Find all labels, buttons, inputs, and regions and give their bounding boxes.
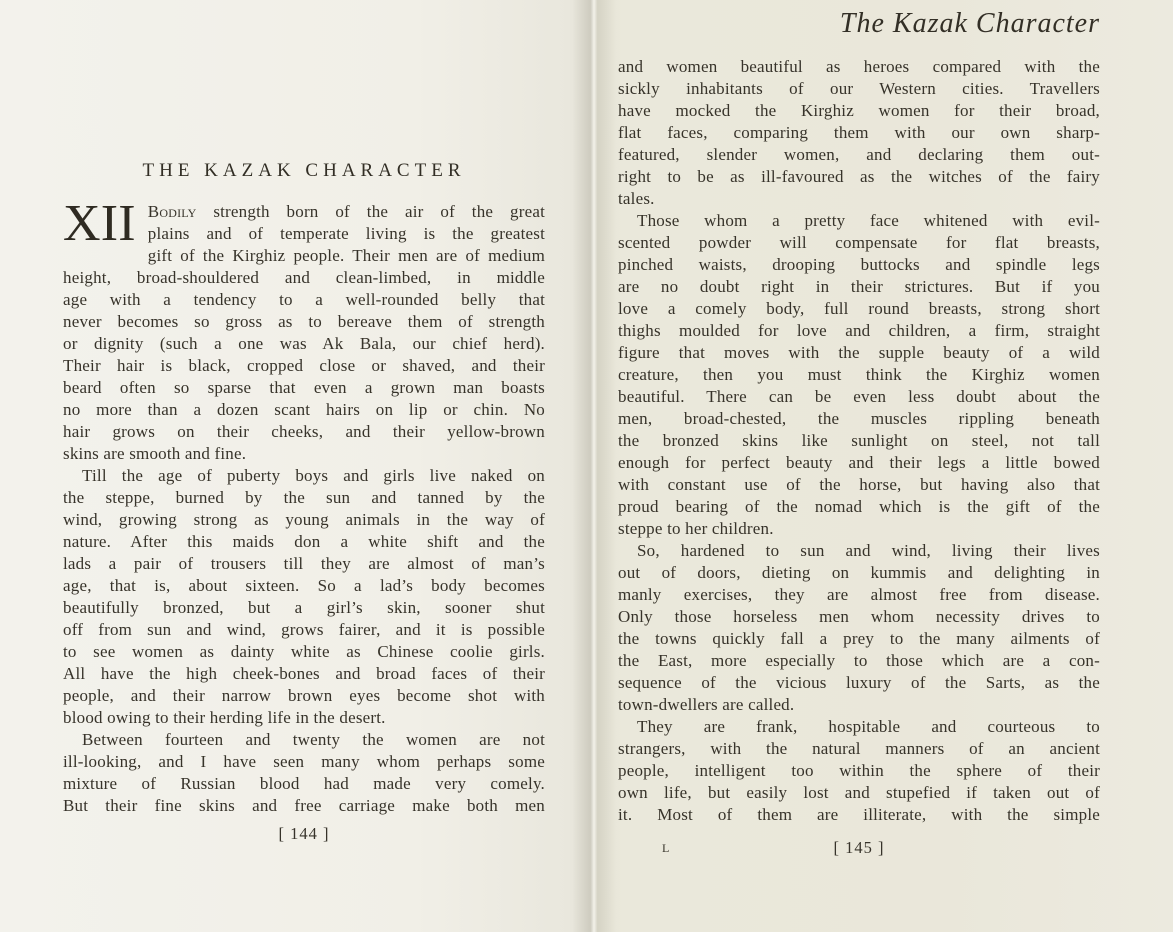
- right-page: The Kazak Character and women beautiful …: [593, 0, 1173, 932]
- signature-mark: L: [662, 841, 669, 856]
- text-line: never becomes so gross as to bereave the…: [63, 311, 545, 333]
- text-line: lads a pair of trousers till they are al…: [63, 553, 545, 575]
- left-page: THE KAZAK CHARACTER XII Bodily strength …: [0, 0, 593, 932]
- chapter-heading: THE KAZAK CHARACTER: [63, 160, 545, 182]
- text-line: Their hair is black, cropped close or sh…: [63, 355, 545, 377]
- text-line: nature. After this maids don a white shi…: [63, 531, 545, 553]
- text-line: with constant use of the horse, but havi…: [618, 474, 1100, 496]
- text-line: wind, growing strong as young animals in…: [63, 509, 545, 531]
- text-line: age with a tendency to a well-rounded be…: [63, 289, 545, 311]
- text-line: the East, more especially to those which…: [618, 650, 1100, 672]
- text-line: blood owing to their herding life in the…: [63, 707, 545, 729]
- text-line: manly exercises, they are almost free fr…: [618, 584, 1100, 606]
- text-line: enough for perfect beauty and their legs…: [618, 452, 1100, 474]
- text-line: creature, then you must think the Kirghi…: [618, 364, 1100, 386]
- text-line: or dignity (such a one was Ak Bala, our …: [63, 333, 545, 355]
- text-line: flat faces, comparing them with our own …: [618, 122, 1100, 144]
- text-line: have mocked the Kirghiz women for their …: [618, 100, 1100, 122]
- text-line: the bronzed skins like sunlight on steel…: [618, 430, 1100, 452]
- text-line: figure that moves with the supple beauty…: [618, 342, 1100, 364]
- small-caps-word: Bodily: [148, 202, 197, 221]
- text-line: steppe to her children.: [618, 518, 1100, 540]
- text-line: are no doubt right in their strictures. …: [618, 276, 1100, 298]
- text-line: pinched waists, drooping buttocks and sp…: [618, 254, 1100, 276]
- text-line: beautiful. There can be even less doubt …: [618, 386, 1100, 408]
- text-line: beautifully bronzed, but a girl’s skin, …: [63, 597, 545, 619]
- text-line: right to be as ill-favoured as the witch…: [618, 166, 1100, 188]
- text-line: featured, slender women, and declaring t…: [618, 144, 1100, 166]
- text-line: So, hardened to sun and wind, living the…: [618, 540, 1100, 562]
- text-line: the steppe, burned by the sun and tanned…: [63, 487, 545, 509]
- paragraph: They are frank, hospitable and courteous…: [618, 716, 1100, 826]
- chapter-number-drop-cap: XII: [63, 202, 136, 246]
- text-line: and women beautiful as heroes compared w…: [618, 56, 1100, 78]
- text-line: tales.: [618, 188, 1100, 210]
- text-line: strangers, with the natural manners of a…: [618, 738, 1100, 760]
- text-line: love a comely body, full round breasts, …: [618, 298, 1100, 320]
- text-line: skins are smooth and fine.: [63, 443, 545, 465]
- text-line: out of doors, dieting on kummis and deli…: [618, 562, 1100, 584]
- text-line: thighs moulded for love and children, a …: [618, 320, 1100, 342]
- text-line: age, that is, about sixteen. So a lad’s …: [63, 575, 545, 597]
- right-page-number: [ 145 ]: [834, 838, 885, 857]
- text-line: hair grows on their cheeks, and their ye…: [63, 421, 545, 443]
- text-line: sickly inhabitants of our Western cities…: [618, 78, 1100, 100]
- text-line: mixture of Russian blood had made very c…: [63, 773, 545, 795]
- paragraph: So, hardened to sun and wind, living the…: [618, 540, 1100, 716]
- book-spread: THE KAZAK CHARACTER XII Bodily strength …: [0, 0, 1173, 932]
- left-page-paragraphs: Bodily strength born of the air of the g…: [63, 201, 545, 817]
- text-line: it. Most of them are illiterate, with th…: [618, 804, 1100, 826]
- text-line: town-dwellers are called.: [618, 694, 1100, 716]
- text-line: sequence of the vicious luxury of the Sa…: [618, 672, 1100, 694]
- text-line: Only those horseless men whom necessity …: [618, 606, 1100, 628]
- text-line: off from sun and wind, grows fairer, and…: [63, 619, 545, 641]
- text-line: Those whom a pretty face whitened with e…: [618, 210, 1100, 232]
- left-page-number: [ 144 ]: [63, 824, 545, 844]
- text-line: own life, but easily lost and stupefied …: [618, 782, 1100, 804]
- paragraph: Till the age of puberty boys and girls l…: [63, 465, 545, 729]
- text-line: They are frank, hospitable and courteous…: [618, 716, 1100, 738]
- text-line: beard often so sparse that even a grown …: [63, 377, 545, 399]
- paragraph: Between fourteen and twenty the women ar…: [63, 729, 545, 817]
- paragraph: and women beautiful as heroes compared w…: [618, 56, 1100, 210]
- text-line: All have the high cheek-bones and broad …: [63, 663, 545, 685]
- text-line: no more than a dozen scant hairs on lip …: [63, 399, 545, 421]
- text-line: the towns quickly fall a prey to the man…: [618, 628, 1100, 650]
- text-line: to see women as dainty white as Chinese …: [63, 641, 545, 663]
- text-line: But their fine skins and free carriage m…: [63, 795, 545, 817]
- text-line: height, broad-shouldered and clean-limbe…: [63, 267, 545, 289]
- right-page-footer: L [ 145 ]: [618, 838, 1100, 858]
- right-page-text-block: and women beautiful as heroes compared w…: [618, 56, 1100, 826]
- text-line: proud bearing of the nomad which is the …: [618, 496, 1100, 518]
- paragraph: Those whom a pretty face whitened with e…: [618, 210, 1100, 540]
- text-line: men, broad-chested, the muscles rippling…: [618, 408, 1100, 430]
- right-page-paragraphs: and women beautiful as heroes compared w…: [618, 56, 1100, 826]
- text-line: ill-looking, and I have seen many whom p…: [63, 751, 545, 773]
- text-line: scented powder will compensate for flat …: [618, 232, 1100, 254]
- left-page-text-block: XII Bodily strength born of the air of t…: [63, 201, 545, 817]
- running-header: The Kazak Character: [618, 8, 1100, 40]
- text-line: people, intelligent too within the spher…: [618, 760, 1100, 782]
- text-line: Till the age of puberty boys and girls l…: [63, 465, 545, 487]
- text-line: people, and their narrow brown eyes beco…: [63, 685, 545, 707]
- text-line: Between fourteen and twenty the women ar…: [63, 729, 545, 751]
